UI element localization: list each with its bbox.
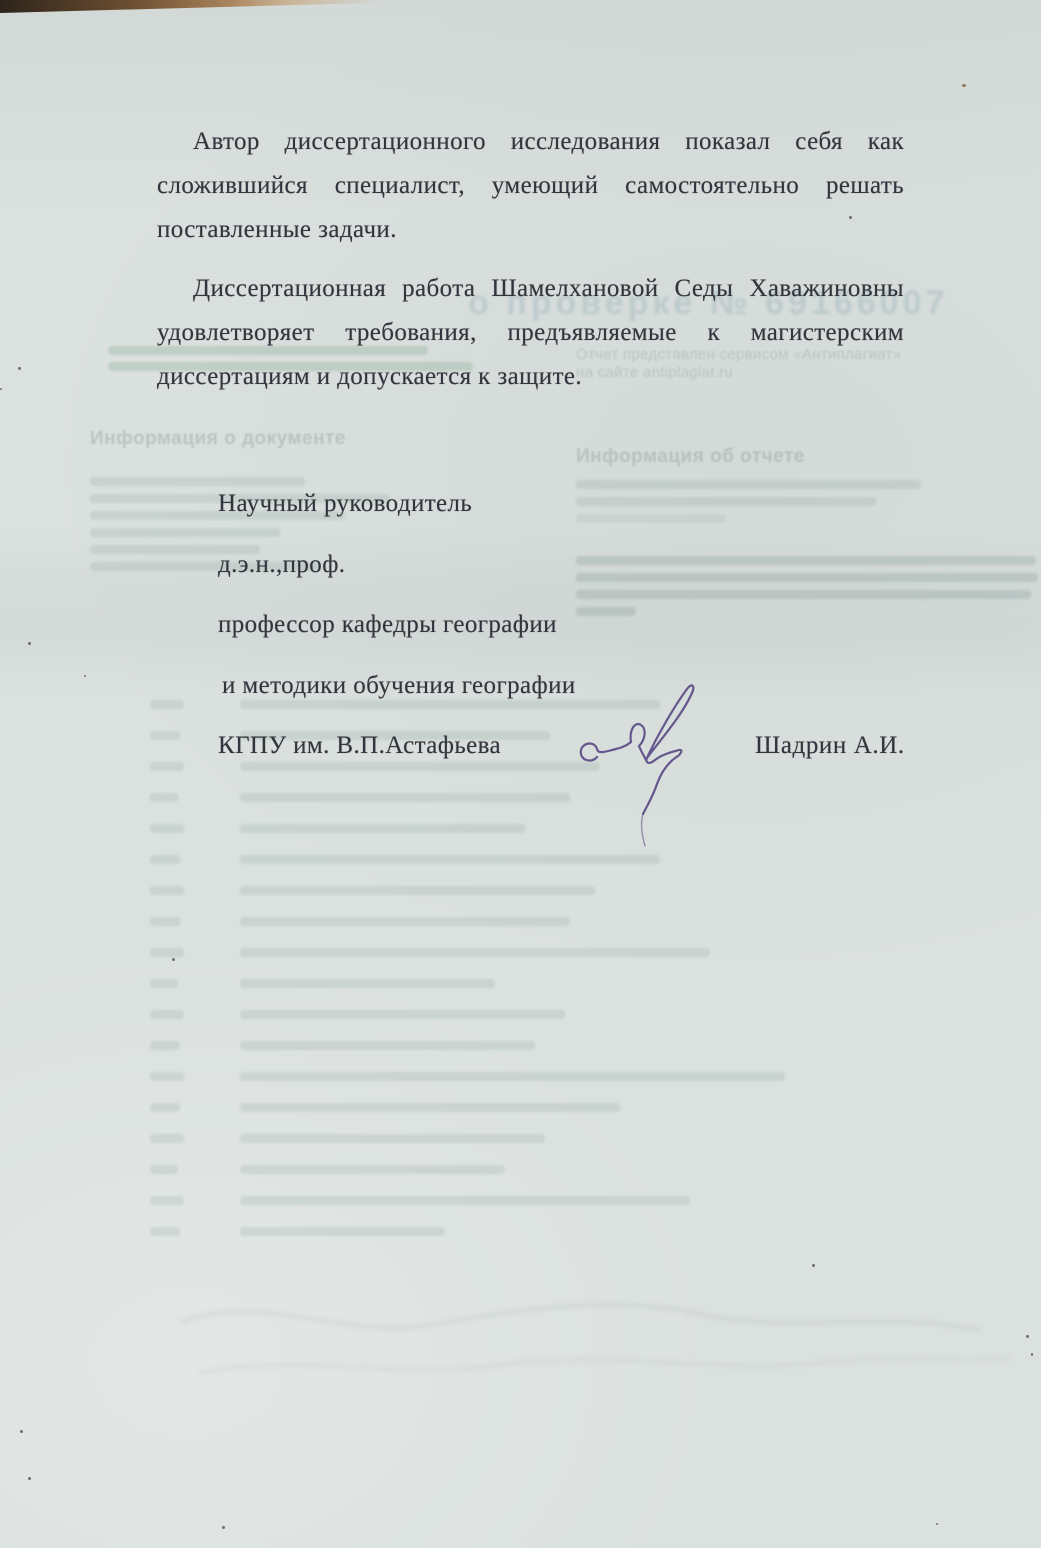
bleedthrough-line bbox=[576, 590, 1031, 599]
bleedthrough-source-row-number bbox=[150, 1041, 180, 1050]
body-line: сложившийся специалист, умеющий самостоя… bbox=[157, 164, 904, 208]
bleedthrough-handwriting bbox=[140, 1268, 1040, 1418]
supervisor-line: КГПУ им. В.П.Астафьева bbox=[218, 724, 576, 768]
supervisor-line: д.э.н.,проф. bbox=[218, 543, 576, 587]
bleedthrough-source-row-number bbox=[150, 1196, 184, 1205]
bleedthrough-source-row-number bbox=[150, 762, 184, 771]
paper-speck bbox=[222, 1526, 225, 1529]
body-line: Диссертационная работа Шамелхановой Седы… bbox=[157, 267, 904, 311]
paper-speck bbox=[172, 958, 175, 961]
bleedthrough-source-row-number bbox=[150, 979, 178, 988]
bleedthrough-source-row-number bbox=[150, 1134, 184, 1143]
paper-speck bbox=[1026, 1335, 1029, 1338]
signer-name: Шадрин А.И. bbox=[755, 724, 905, 768]
bleedthrough-source-row-number bbox=[150, 1165, 178, 1174]
bleedthrough-info-document-heading: Информация о документе bbox=[90, 428, 346, 450]
bleedthrough-line bbox=[576, 607, 636, 616]
supervisor-line: Научный руководитель bbox=[218, 482, 576, 526]
supervisor-line: и методики обучения географии bbox=[218, 664, 576, 708]
bleedthrough-source-row-text bbox=[240, 948, 710, 957]
bleedthrough-source-row-number bbox=[150, 700, 184, 709]
bleedthrough-source-row-number bbox=[150, 731, 180, 740]
paper-speck bbox=[936, 1523, 938, 1525]
bleedthrough-source-row-number bbox=[150, 1010, 184, 1019]
signature-ink bbox=[555, 660, 725, 860]
bleedthrough-line bbox=[576, 480, 921, 489]
body-line: поставленные задачи. bbox=[157, 208, 904, 252]
bleedthrough-source-row-text bbox=[240, 1103, 620, 1112]
paper-speck bbox=[28, 1477, 31, 1480]
paper-speck bbox=[20, 1430, 23, 1433]
paper-speck bbox=[18, 367, 21, 370]
bleedthrough-source-row-text bbox=[240, 1165, 505, 1174]
bleedthrough-line bbox=[576, 497, 876, 506]
bleedthrough-source-row-text bbox=[240, 1196, 690, 1205]
table-surface-edge bbox=[0, 0, 380, 14]
paper-speck bbox=[28, 642, 31, 645]
body-line: Автор диссертационного исследования пока… bbox=[157, 120, 904, 164]
bleedthrough-line bbox=[576, 556, 1036, 565]
paper-speck bbox=[849, 216, 852, 219]
bleedthrough-line bbox=[576, 514, 726, 523]
bleedthrough-source-row-text bbox=[240, 1134, 545, 1143]
body-line: диссертациям и допускается к защите. bbox=[157, 355, 904, 399]
bleedthrough-source-row-number bbox=[150, 824, 184, 833]
bleedthrough-source-row-text bbox=[240, 1010, 565, 1019]
bleedthrough-source-row-number bbox=[150, 855, 180, 864]
body-line: удовлетворяет требования, предъявляемые … bbox=[157, 311, 904, 355]
bleedthrough-source-row-number bbox=[150, 1072, 184, 1081]
paper-speck bbox=[0, 388, 2, 390]
paragraph-2: Диссертационная работа Шамелхановой Седы… bbox=[157, 267, 904, 399]
paragraph-1: Автор диссертационного исследования пока… bbox=[157, 120, 904, 252]
signature-block: Научный руководитель д.э.н.,проф. профес… bbox=[218, 482, 576, 785]
scanned-page: о проверке № 69166007 Отчет представлен … bbox=[0, 0, 1041, 1548]
bleedthrough-source-row-text bbox=[240, 1227, 445, 1236]
bleedthrough-source-row-number bbox=[150, 917, 180, 926]
bleedthrough-source-row-number bbox=[150, 793, 178, 802]
paper-speck bbox=[812, 1264, 815, 1267]
bleedthrough-source-row-text bbox=[240, 979, 495, 988]
bleedthrough-source-row-number bbox=[150, 1227, 180, 1236]
bleedthrough-line bbox=[576, 573, 1038, 582]
bleedthrough-info-report-heading: Информация об отчете bbox=[576, 446, 805, 468]
paper-speck bbox=[962, 84, 966, 87]
bleedthrough-source-row-text bbox=[240, 917, 570, 926]
paper-speck bbox=[84, 675, 86, 677]
bleedthrough-source-row-text bbox=[240, 824, 525, 833]
bleedthrough-source-row-text bbox=[240, 886, 595, 895]
bleedthrough-source-row-number bbox=[150, 1103, 180, 1112]
paper-speck bbox=[1031, 1353, 1033, 1356]
supervisor-line: профессор кафедры географии bbox=[218, 603, 576, 647]
bleedthrough-source-row-number bbox=[150, 886, 184, 895]
bleedthrough-source-row-text bbox=[240, 1072, 785, 1081]
bleedthrough-source-row-text bbox=[240, 793, 570, 802]
bleedthrough-source-row-text bbox=[240, 1041, 535, 1050]
bleedthrough-source-row-number bbox=[150, 948, 184, 957]
